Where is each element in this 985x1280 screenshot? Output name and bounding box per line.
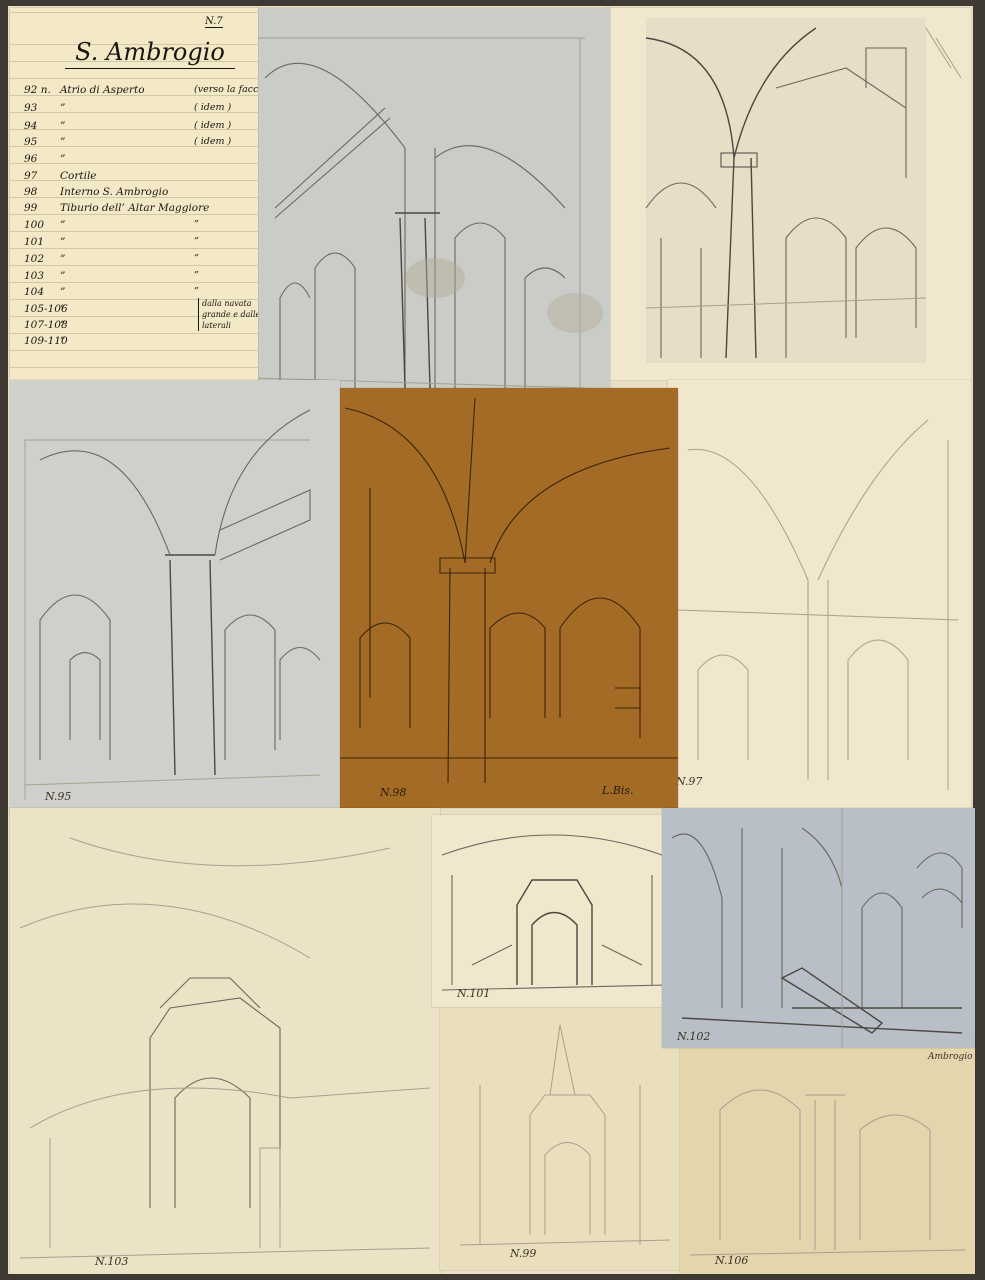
sketch-atrium-column bbox=[606, 8, 971, 380]
drawing-97-interior: N.97 bbox=[668, 380, 971, 810]
corner-note: Ambrogio bbox=[928, 1052, 973, 1062]
sketch-column-arch bbox=[680, 1040, 975, 1274]
card-row: 96” bbox=[24, 153, 258, 169]
sketch-nave-stairs bbox=[662, 808, 975, 1048]
sketch-ciborium-large bbox=[10, 808, 440, 1274]
brace-note: dalla navata grande e dalle laterali bbox=[198, 298, 258, 331]
sketch-nave-vaults bbox=[340, 388, 678, 808]
drawing-106-column: N.106 Ambrogio bbox=[680, 1040, 975, 1274]
drawing-number-label: N.101 bbox=[457, 987, 490, 1000]
card-row: 97Cortile bbox=[24, 170, 258, 186]
card-row: 93”( idem ) bbox=[24, 102, 258, 118]
card-title: S. Ambrogio bbox=[65, 38, 235, 69]
card-row: 109-110” bbox=[24, 335, 258, 351]
card-row: 103”” bbox=[24, 270, 258, 286]
drawing-number-label: N.97 bbox=[676, 775, 702, 788]
card-row: 94”( idem ) bbox=[24, 120, 258, 136]
drawing-103-altar-canopy: N.103 bbox=[10, 808, 440, 1274]
drawing-101-altar-canopy: N.101 bbox=[432, 815, 675, 1007]
sketch-atrium-arcade bbox=[10, 380, 340, 810]
drawing-98-interior-brown: N.98 L.Bis. bbox=[340, 388, 678, 808]
card-row: 95”( idem ) bbox=[24, 136, 258, 152]
card-row: 92 n.Atrio di Asperto(verso la facciata) bbox=[24, 84, 258, 100]
sketch-ciborium-small bbox=[440, 1005, 680, 1270]
drawing-number-label: N.95 bbox=[45, 790, 71, 803]
drawing-99-altar-canopy: N.99 bbox=[440, 1005, 680, 1270]
card-row: 100”” bbox=[24, 219, 258, 235]
drawing-number-label: N.102 bbox=[677, 1030, 710, 1043]
drawing-95-atrium: N.95 bbox=[10, 380, 340, 810]
card-row: 101”” bbox=[24, 236, 258, 252]
artist-signature: L.Bis. bbox=[602, 784, 634, 797]
index-card: N.7 S. Ambrogio 92 n.Atrio di Asperto(ve… bbox=[10, 8, 258, 380]
card-row: 99Tiburio dell’ Altar Maggiore bbox=[24, 202, 258, 218]
card-row: 102”” bbox=[24, 253, 258, 269]
drawing-number-label: N.99 bbox=[510, 1247, 536, 1260]
drawing-number-label: N.98 bbox=[380, 786, 406, 799]
drawing-number-label: N.103 bbox=[95, 1255, 128, 1268]
drawing-96-atrium-column bbox=[606, 8, 971, 380]
sketch-interior-faint bbox=[668, 380, 971, 810]
drawing-102-nave-stairs: N.102 bbox=[662, 808, 975, 1048]
drawing-number-label: N.106 bbox=[715, 1254, 748, 1267]
sketch-ciborium-dense bbox=[432, 815, 675, 1007]
sheet-number: N.7 bbox=[205, 16, 223, 28]
card-row: 98Interno S. Ambrogio bbox=[24, 186, 258, 202]
